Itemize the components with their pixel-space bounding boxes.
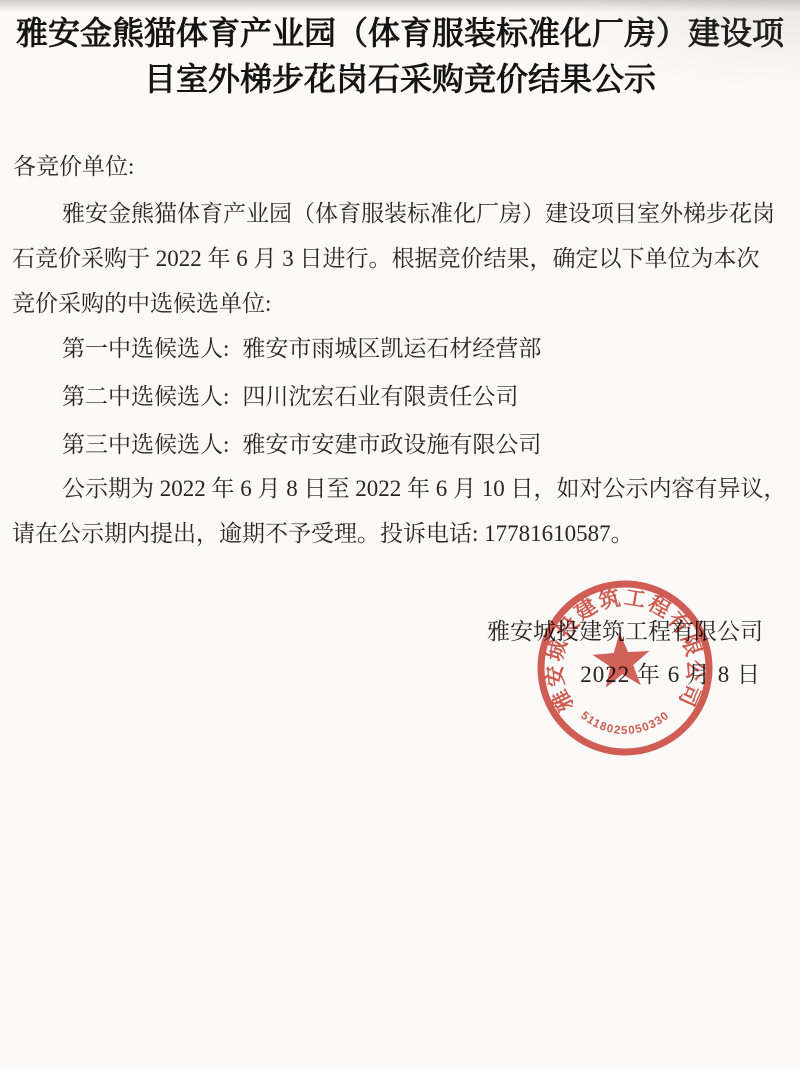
page-title: 雅安金熊猫体育产业园（体育服装标准化厂房）建设项 目室外梯步花岗石采购竞价结果公… [8,10,792,102]
candidate-row-2: 第二中选候选人:四川沈宏石业有限责任公司 [62,374,518,419]
document-page: 雅安金熊猫体育产业园（体育服装标准化厂房）建设项 目室外梯步花岗石采购竞价结果公… [0,0,800,1068]
paragraph-publicity-line-2: 请在公示期内提出，逾期不予受理。投诉电话: 17781610587。 [12,511,792,556]
paragraph-publicity: 公示期为 2022 年 6 月 8 日至 2022 年 6 月 10 日，如对公… [12,466,792,556]
paragraph-intro-line-3: 竞价采购的中选候选单位: [12,281,792,326]
page-title-line-2: 目室外梯步花岗石采购竞价结果公示 [8,56,792,102]
candidate-2-name: 四川沈宏石业有限责任公司 [242,384,518,409]
seal-number-text: 5118025050330 [578,704,673,741]
paragraph-intro-line-2: 石竞价采购于 2022 年 6 月 3 日进行。根据竞价结果，确定以下单位为本次 [12,236,792,281]
paragraph-intro: 雅安金熊猫体育产业园（体育服装标准化厂房）建设项目室外梯步花岗 石竞价采购于 2… [12,191,792,326]
candidate-3-name: 雅安市安建市政设施有限公司 [242,432,541,457]
seal-star-icon [591,630,652,688]
candidate-1-name: 雅安市雨城区凯运石材经营部 [242,336,541,361]
company-seal: 雅安城投建筑工程有限公司 5118025050330 [524,567,727,770]
candidate-2-label: 第二中选候选人: [62,384,229,409]
svg-text:5118025050330: 5118025050330 [578,704,673,741]
greeting: 各竞价单位: [13,144,134,189]
candidate-1-label: 第一中选候选人: [62,336,229,361]
paragraph-intro-line-1: 雅安金熊猫体育产业园（体育服装标准化厂房）建设项目室外梯步花岗 [12,191,792,236]
candidate-3-label: 第三中选候选人: [62,432,229,457]
candidate-row-3: 第三中选候选人:雅安市安建市政设施有限公司 [62,422,541,467]
candidate-row-1: 第一中选候选人:雅安市雨城区凯运石材经营部 [62,326,541,371]
page-title-line-1: 雅安金熊猫体育产业园（体育服装标准化厂房）建设项 [8,10,792,56]
paragraph-publicity-line-1: 公示期为 2022 年 6 月 8 日至 2022 年 6 月 10 日，如对公… [12,466,792,511]
